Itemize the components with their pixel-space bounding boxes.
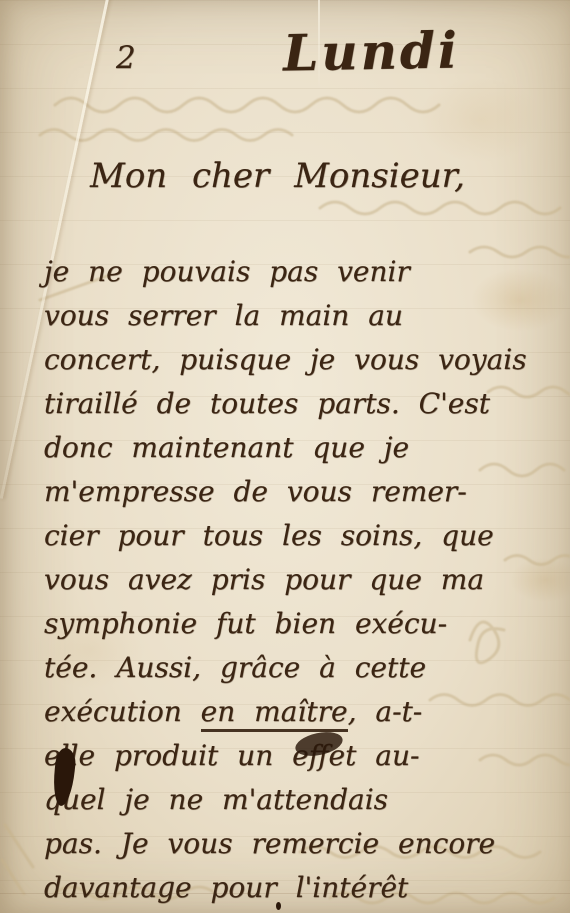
letter-line: elle produit un effet au- [44,734,527,778]
page-number: 2 [116,40,136,76]
letter-line: tiraillé de toutes parts. C'est [44,382,527,426]
letter-line: davantage pour l'intérêt [44,866,527,910]
letter-line: tée. Aussi, grâce à cette [44,646,527,690]
letter-line: cier pour tous les soins, que [44,514,527,558]
letter-line: concert, puisque je vous voyais [44,338,527,382]
letter-line: donc maintenant que je [44,426,527,470]
letter-line: vous avez pris pour que ma [44,558,527,602]
letter-line: m'empresse de vous remer- [44,470,527,514]
letter-line-prefix: exécution [44,695,201,728]
letter-body: je ne pouvais pas venir vous serrer la m… [44,250,527,910]
letter-day-heading: Lundi [282,20,460,82]
letter-line: quel je ne m'attendais [44,778,527,822]
letter-line: symphonie fut bien exécu- [44,602,527,646]
letter-line-suffix: , a-t- [348,695,423,728]
letter-line: pas. Je vous remercie encore [44,822,527,866]
letter-line-with-underline: exécution en maître, a-t- [44,690,527,734]
handwritten-letter-page: 2 Lundi Mon cher Monsieur, je ne pouvais… [0,0,570,913]
underlined-phrase: en maître [201,695,348,732]
salutation: Mon cher Monsieur, [90,156,465,196]
letter-line: je ne pouvais pas venir [44,250,527,294]
letter-line: vous serrer la main au [44,294,527,338]
ink-dot [276,902,281,910]
